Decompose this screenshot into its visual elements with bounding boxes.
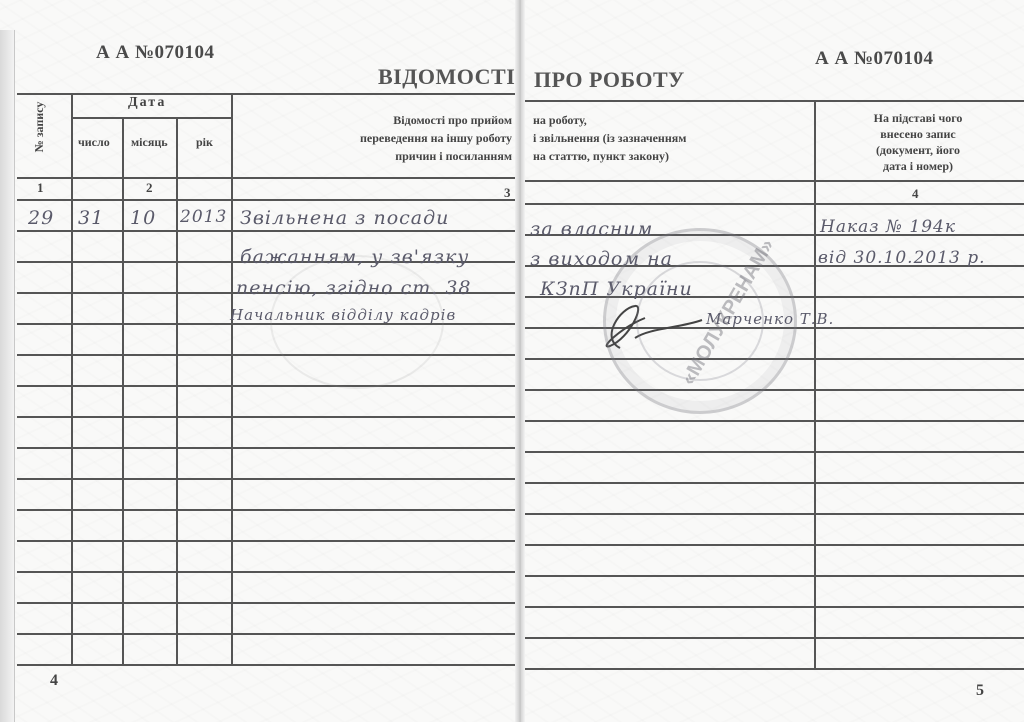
row-line [525, 668, 1024, 670]
header-date: Дата [128, 94, 166, 112]
row-line [17, 199, 515, 201]
row-line [72, 117, 232, 119]
row-line [17, 354, 515, 356]
column-number-1: 1 [37, 180, 44, 196]
row-line [17, 478, 515, 480]
column-number-3: 3 [504, 185, 511, 201]
entry-info-left-line: Звільнена з посади [240, 207, 449, 229]
row-line [17, 93, 515, 95]
page-title-right: ПРО РОБОТУ [534, 67, 685, 93]
row-line [525, 482, 1024, 484]
header-basis-line: На підставі чого [828, 110, 1008, 126]
row-line [17, 385, 515, 387]
column-number-2: 2 [146, 180, 153, 196]
page-title-left: ВІДОМОСТІ [378, 64, 515, 90]
header-basis: На підставі чого внесено запис (документ… [828, 110, 1008, 174]
row-line [525, 451, 1024, 453]
header-year: рік [196, 133, 213, 151]
header-info-left-line: причин і посиланням [290, 147, 512, 165]
header-info-left-line: переведення на іншу роботу [290, 129, 512, 147]
entry-day: 31 [78, 207, 104, 229]
row-line [525, 420, 1024, 422]
header-info-left-line: Відомості про прийом [290, 111, 512, 129]
page-number-right: 5 [976, 682, 984, 700]
column-line [122, 117, 124, 664]
row-line [525, 389, 1024, 391]
header-day: число [78, 133, 110, 151]
row-line [17, 664, 515, 666]
entry-info-right-line: за власним [530, 218, 653, 240]
row-line [525, 544, 1024, 546]
page-number-left: 4 [50, 672, 58, 690]
entry-basis-line: від 30.10.2013 р. [818, 248, 986, 268]
column-number-4: 4 [912, 186, 919, 202]
header-info-right: на роботу, і звільнення (із зазначенням … [533, 111, 793, 165]
row-line [17, 447, 515, 449]
row-line [17, 633, 515, 635]
header-info-right-line: на роботу, [533, 111, 793, 129]
entry-record-no: 29 [28, 207, 54, 229]
entry-year: 2013 [180, 207, 227, 227]
row-line [17, 571, 515, 573]
serial-number-right: А А №070104 [815, 48, 934, 70]
serial-number-left: А А №070104 [96, 42, 215, 64]
header-month: місяць [131, 133, 168, 151]
header-basis-line: дата і номер) [828, 158, 1008, 174]
row-line [525, 203, 1024, 205]
row-line [525, 575, 1024, 577]
header-info-right-line: і звільнення (із зазначенням [533, 129, 793, 147]
row-line [525, 180, 1024, 182]
row-line [17, 509, 515, 511]
column-line [176, 117, 178, 664]
faint-stamp-bleed [270, 255, 444, 389]
row-line [525, 100, 1024, 102]
column-line [814, 100, 816, 668]
row-line [17, 602, 515, 604]
row-line [525, 637, 1024, 639]
header-basis-line: внесено запис [828, 126, 1008, 142]
row-line [17, 416, 515, 418]
header-info-right-line: на статтю, пункт закону) [533, 147, 793, 165]
row-line [525, 606, 1024, 608]
header-record-no: № запису [30, 92, 48, 162]
left-page [0, 0, 519, 722]
book-fold [515, 0, 525, 722]
book-edge [0, 30, 15, 722]
column-line [231, 93, 233, 664]
entry-month: 10 [130, 207, 156, 229]
row-line [17, 177, 515, 179]
entry-basis-line: Наказ № 194к [820, 217, 956, 237]
column-line [71, 93, 73, 664]
header-info-left: Відомості про прийом переведення на іншу… [290, 111, 512, 165]
official-stamp: «МОЛУКРЕНАМ» [603, 228, 797, 414]
row-line [525, 513, 1024, 515]
row-line [17, 230, 515, 232]
header-basis-line: (документ, його [828, 142, 1008, 158]
row-line [17, 540, 515, 542]
